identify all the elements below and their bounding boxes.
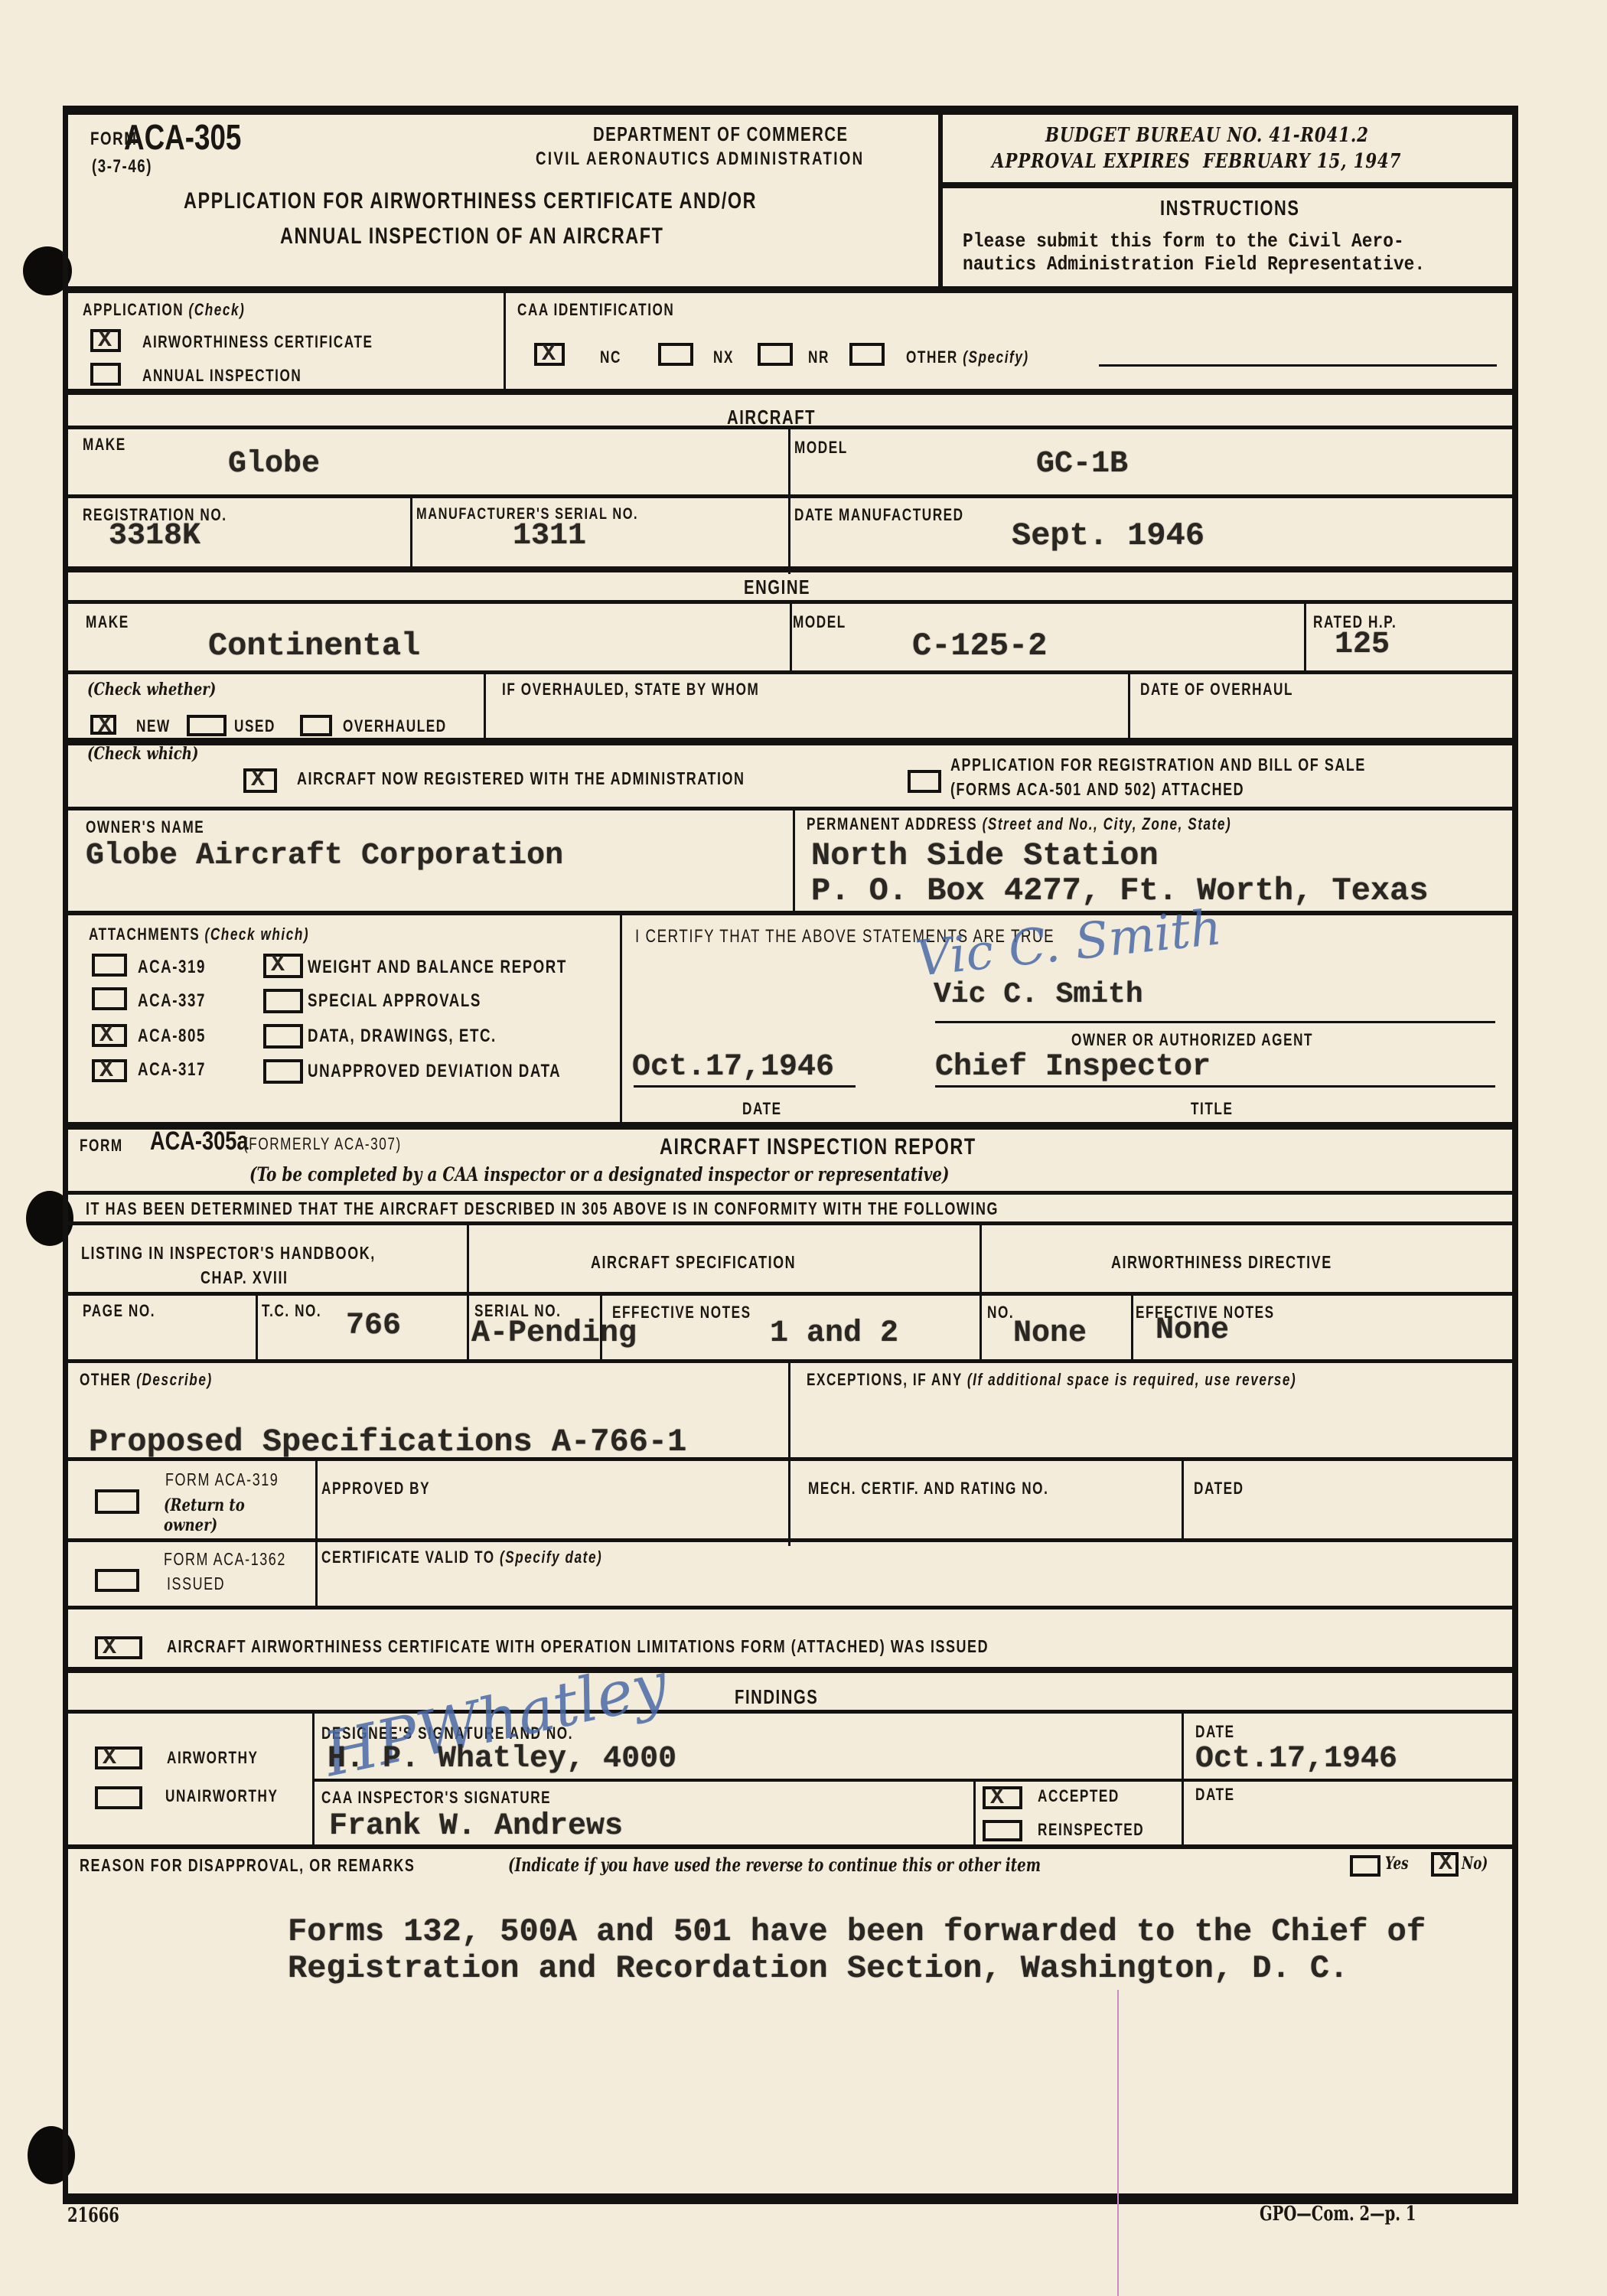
permanent-address-label: PERMANENT ADDRESS (Street and No., City,… bbox=[807, 814, 1231, 834]
attachment-aca-319: ACA-319 bbox=[138, 957, 206, 978]
option-airworthiness-certificate: AIRWORTHINESS CERTIFICATE bbox=[142, 332, 373, 352]
check-which-label: (Check which) bbox=[87, 744, 198, 764]
registration-application-line2: (FORMS ACA-501 AND 502) ATTACHED bbox=[950, 779, 1244, 800]
rule-aircraft-top bbox=[63, 389, 1517, 395]
unairworthy-label: UNAIRWORTHY bbox=[165, 1786, 278, 1806]
checkbox-remarks-no[interactable] bbox=[1431, 1852, 1459, 1877]
spec-notes-label: EFFECTIVE NOTES bbox=[612, 1303, 751, 1322]
mech-cert-label: MECH. CERTIF. AND RATING NO. bbox=[808, 1479, 1048, 1499]
rule-engine-top bbox=[63, 566, 1517, 572]
checkbox-annual-inspection[interactable] bbox=[90, 363, 121, 386]
remarks-yes-label: Yes bbox=[1385, 1854, 1409, 1874]
remarks-text-line1: Forms 132, 500A and 501 have been forwar… bbox=[288, 1913, 1426, 1950]
engine-overhaul-divider bbox=[1128, 672, 1130, 742]
attachment-weight-balance: WEIGHT AND BALANCE REPORT bbox=[308, 957, 567, 978]
instructions-title: INSTRUCTIONS bbox=[1160, 196, 1300, 220]
inspection-form-number: ACA-305a bbox=[150, 1127, 249, 1156]
date-line bbox=[634, 1085, 856, 1088]
caa-inspector-label: CAA INSPECTOR'S SIGNATURE bbox=[321, 1788, 551, 1808]
ad-no-divider bbox=[1131, 1293, 1133, 1362]
inspection-report-title: AIRCRAFT INSPECTION REPORT bbox=[660, 1134, 976, 1160]
title-line bbox=[935, 1085, 1495, 1088]
checkbox-reinspected[interactable] bbox=[983, 1820, 1022, 1841]
rule-inspection-top bbox=[63, 1122, 1517, 1130]
budget-bureau-number: BUDGET BUREAU NO. 41-R041.2 bbox=[1045, 124, 1369, 147]
form-title-line1: APPLICATION FOR AIRWORTHINESS CERTIFICAT… bbox=[184, 188, 757, 214]
form1362-label-line2: ISSUED bbox=[167, 1574, 225, 1594]
footer-gpo-code: GPO—Com. 2—p. 1 bbox=[1260, 2203, 1416, 2226]
checkbox-aca-805[interactable] bbox=[92, 1024, 127, 1047]
checkbox-aca-337[interactable] bbox=[92, 987, 127, 1010]
dated-label: DATED bbox=[1194, 1479, 1244, 1499]
title-label: TITLE bbox=[1191, 1099, 1233, 1119]
spec-notes-value: 1 and 2 bbox=[770, 1316, 898, 1351]
approved-by-field[interactable] bbox=[321, 1500, 781, 1535]
address-line2: P. O. Box 4277, Ft. Worth, Texas bbox=[811, 872, 1429, 909]
rated-hp-value: 125 bbox=[1335, 628, 1390, 662]
overhaul-date-field[interactable] bbox=[1133, 701, 1508, 735]
attachments-label: ATTACHMENTS (Check which) bbox=[89, 925, 309, 944]
exceptions-label: EXCEPTIONS, IF ANY (If additional space … bbox=[807, 1370, 1296, 1390]
page-tc-divider bbox=[256, 1293, 258, 1362]
findings-date-label: DATE bbox=[1195, 1722, 1235, 1742]
overhaul-date-label: DATE OF OVERHAUL bbox=[1140, 680, 1293, 700]
rule-certvalid-top bbox=[63, 1538, 1517, 1542]
aircraft-registered-label: AIRCRAFT NOW REGISTERED WITH THE ADMINIS… bbox=[297, 768, 745, 789]
approval-expires: APPROVAL EXPIRES FEBRUARY 15, 1947 bbox=[992, 150, 1401, 173]
conformity-statement: IT HAS BEEN DETERMINED THAT THE AIRCRAFT… bbox=[86, 1199, 999, 1219]
serial-value: 1311 bbox=[513, 519, 586, 553]
attachment-data-drawings: DATA, DRAWINGS, ETC. bbox=[308, 1026, 497, 1047]
attachments-divider bbox=[620, 914, 622, 1128]
checkbox-special-approvals[interactable] bbox=[263, 989, 303, 1013]
checkbox-engine-used[interactable] bbox=[187, 715, 227, 736]
engine-make-value: Continental bbox=[208, 628, 420, 664]
header-right-divider bbox=[938, 182, 1514, 188]
other-divider bbox=[788, 1361, 790, 1546]
ad-no-label: NO. bbox=[987, 1303, 1014, 1322]
checkbox-accepted[interactable] bbox=[983, 1786, 1022, 1809]
checkbox-airworthiness-certificate[interactable] bbox=[90, 329, 121, 352]
checkbox-weight-balance[interactable] bbox=[263, 954, 303, 978]
option-nr: NR bbox=[808, 347, 830, 367]
exceptions-field[interactable] bbox=[796, 1416, 1508, 1454]
checkbox-airworthy[interactable] bbox=[95, 1746, 142, 1769]
inspection-form-prefix: FORM bbox=[80, 1136, 123, 1156]
page-no-label: PAGE NO. bbox=[83, 1301, 155, 1321]
designee-value: H. P. Whatley, 4000 bbox=[328, 1742, 676, 1776]
option-engine-overhauled: OVERHAULED bbox=[343, 716, 447, 736]
rule-findings-top bbox=[63, 1667, 1517, 1673]
aircraft-make-value: Globe bbox=[228, 447, 320, 481]
aircraft-model-label: MODEL bbox=[794, 438, 848, 458]
other-specify-field[interactable] bbox=[1099, 364, 1497, 367]
frame-left bbox=[63, 106, 68, 2201]
findings-mid-rule bbox=[312, 1779, 1517, 1782]
approved-by-label: APPROVED BY bbox=[321, 1479, 430, 1499]
rule-engine-bottom bbox=[63, 738, 1517, 745]
registration-value: 3318K bbox=[109, 519, 200, 553]
rule-issued-top bbox=[63, 1606, 1517, 1609]
footer-left-code: 21666 bbox=[67, 2204, 119, 2227]
checkbox-nx[interactable] bbox=[658, 343, 693, 366]
rule-owner-top bbox=[63, 807, 1517, 810]
signer-label: OWNER OR AUTHORIZED AGENT bbox=[1071, 1030, 1313, 1050]
checkbox-engine-new[interactable] bbox=[90, 715, 116, 735]
checkbox-aircraft-registered[interactable] bbox=[243, 768, 277, 793]
certification-date: Oct.17,1946 bbox=[632, 1050, 834, 1084]
signer-name: Vic C. Smith bbox=[934, 978, 1143, 1011]
certificate-issued-statement: AIRCRAFT AIRWORTHINESS CERTIFICATE WITH … bbox=[167, 1636, 989, 1657]
caa-inspector-value: Frank W. Andrews bbox=[329, 1809, 623, 1844]
checkbox-nc[interactable] bbox=[534, 343, 565, 366]
caa-identification-label: CAA IDENTIFICATION bbox=[517, 300, 674, 320]
other-label: OTHER (Describe) bbox=[80, 1370, 213, 1390]
option-nc: NC bbox=[600, 347, 621, 367]
findings-title: FINDINGS bbox=[735, 1685, 818, 1709]
checkbox-nr[interactable] bbox=[758, 343, 793, 366]
checkbox-registration-application[interactable] bbox=[908, 770, 941, 793]
attachment-aca-805: ACA-805 bbox=[138, 1026, 206, 1047]
findings-date2-label: DATE bbox=[1195, 1785, 1235, 1805]
checkbox-engine-overhauled[interactable] bbox=[300, 715, 332, 736]
engine-make-label: MAKE bbox=[86, 612, 129, 632]
rule-spec-header bbox=[63, 1292, 1517, 1296]
checkbox-certificate-issued[interactable] bbox=[95, 1636, 142, 1659]
attachment-aca-337: ACA-337 bbox=[138, 990, 206, 1012]
ad-notes-value: None bbox=[1156, 1313, 1229, 1348]
accepted-label: ACCEPTED bbox=[1038, 1786, 1120, 1806]
checkbox-aca-319[interactable] bbox=[92, 954, 127, 977]
inspection-report-subtitle: (To be completed by a CAA inspector or a… bbox=[249, 1163, 950, 1186]
rule-findings-header bbox=[63, 1710, 1517, 1714]
application-label: APPLICATION (Check) bbox=[83, 300, 245, 320]
form319-label-line2: (Return to owner) bbox=[164, 1495, 289, 1535]
overhauled-by-field[interactable] bbox=[490, 701, 1123, 735]
rule-aircraft-mid bbox=[63, 494, 1517, 498]
form-title-line2: ANNUAL INSPECTION OF AN AIRCRAFT bbox=[280, 223, 663, 249]
tc-no-value: 766 bbox=[346, 1309, 401, 1343]
reg-serial-divider bbox=[410, 496, 412, 572]
owner-name-label: OWNER'S NAME bbox=[86, 817, 204, 837]
overhauled-by-label: IF OVERHAULED, STATE BY WHOM bbox=[502, 680, 759, 700]
option-engine-new: NEW bbox=[136, 716, 171, 736]
engine-model-label: MODEL bbox=[793, 612, 846, 632]
airworthy-label: AIRWORTHY bbox=[167, 1748, 259, 1768]
attachment-special-approvals: SPECIAL APPROVALS bbox=[308, 990, 481, 1012]
checkbox-other[interactable] bbox=[849, 343, 885, 366]
engine-section-title: ENGINE bbox=[744, 576, 810, 599]
address-line1: North Side Station bbox=[811, 837, 1159, 874]
rule-attachments-top bbox=[63, 911, 1517, 915]
reinspected-label: REINSPECTED bbox=[1038, 1820, 1144, 1840]
owner-divider bbox=[793, 808, 795, 914]
mech-divider bbox=[1182, 1459, 1184, 1540]
handbook-label-line1: LISTING IN INSPECTOR'S HANDBOOK, bbox=[81, 1243, 376, 1264]
form-revision-date: (3-7-46) bbox=[92, 156, 152, 178]
option-engine-used: USED bbox=[234, 716, 275, 736]
ad-no-value: None bbox=[1013, 1316, 1087, 1351]
other-value: Proposed Specifications A-766-1 bbox=[89, 1424, 686, 1460]
cert-valid-label: CERTIFICATE VALID TO (Specify date) bbox=[321, 1548, 602, 1567]
aircraft-make-label: MAKE bbox=[83, 435, 126, 455]
findings-date2-field[interactable] bbox=[1188, 1806, 1509, 1843]
attachment-unapproved-deviation: UNAPPROVED DEVIATION DATA bbox=[308, 1061, 561, 1082]
attachment-aca-317: ACA-317 bbox=[138, 1059, 206, 1081]
checkbox-unapproved-deviation[interactable] bbox=[263, 1059, 303, 1084]
engine-hp-divider bbox=[1304, 602, 1306, 673]
department-name: DEPARTMENT OF COMMERCE bbox=[593, 122, 849, 146]
check-whether-label: (Check whether) bbox=[87, 680, 216, 700]
remarks-text-line2: Registration and Recordation Section, Wa… bbox=[288, 1950, 1348, 1987]
header-bottom-rule bbox=[63, 286, 1517, 293]
app-divider bbox=[504, 291, 506, 392]
rule-conformity-top bbox=[63, 1191, 1517, 1195]
instructions-text-line2: nautics Administration Field Representat… bbox=[963, 253, 1425, 276]
engine-make-divider bbox=[790, 602, 792, 673]
checkbox-remarks-yes[interactable] bbox=[1350, 1855, 1380, 1877]
date-label: DATE bbox=[742, 1099, 782, 1119]
form-number: ACA-305 bbox=[124, 116, 241, 158]
inspection-form-formerly: (FORMERLY ACA-307) bbox=[243, 1134, 402, 1154]
owner-name-value: Globe Aircraft Corporation bbox=[86, 839, 563, 873]
aircraft-specification-label: AIRCRAFT SPECIFICATION bbox=[591, 1252, 796, 1273]
checkbox-form-aca-319[interactable] bbox=[95, 1489, 139, 1514]
airworthiness-directive-label: AIRWORTHINESS DIRECTIVE bbox=[1111, 1252, 1332, 1273]
findings-date-value: Oct.17,1946 bbox=[1195, 1742, 1397, 1776]
frame-right bbox=[1512, 106, 1518, 2201]
date-manufactured-label: DATE MANUFACTURED bbox=[794, 505, 964, 525]
cert-valid-field[interactable] bbox=[321, 1569, 1508, 1603]
signer-line bbox=[935, 1021, 1495, 1023]
rule-remarks-top bbox=[63, 1844, 1517, 1849]
mech-cert-field[interactable] bbox=[796, 1500, 1178, 1535]
form1362-label-line1: FORM ACA-1362 bbox=[164, 1549, 286, 1570]
aircraft-divider bbox=[788, 427, 790, 574]
pink-margin-line bbox=[1117, 1990, 1119, 2296]
engine-check-divider bbox=[484, 672, 486, 742]
engine-model-value: C-125-2 bbox=[912, 628, 1047, 664]
form319-label-line1: FORM ACA-319 bbox=[165, 1469, 279, 1490]
instructions-text-line1: Please submit this form to the Civil Aer… bbox=[963, 230, 1404, 253]
remarks-no-label: No) bbox=[1462, 1854, 1488, 1874]
rule-engine-mid bbox=[63, 670, 1517, 674]
handbook-label-line2: CHAP. XVIII bbox=[200, 1267, 288, 1288]
rule-conformity-bottom bbox=[63, 1221, 1517, 1225]
aircraft-model-value: GC-1B bbox=[1036, 447, 1128, 481]
administration-name: CIVIL AERONAUTICS ADMINISTRATION bbox=[536, 148, 865, 170]
tc-no-label: T.C. NO. bbox=[262, 1301, 321, 1321]
registration-application-line1: APPLICATION FOR REGISTRATION AND BILL OF… bbox=[950, 755, 1366, 775]
option-other: OTHER (Specify) bbox=[906, 347, 1029, 367]
checkbox-unairworthy[interactable] bbox=[95, 1786, 142, 1809]
form319-divider bbox=[315, 1459, 318, 1606]
checkbox-form-aca-1362[interactable] bbox=[95, 1569, 139, 1592]
checkbox-aca-317[interactable] bbox=[92, 1059, 127, 1082]
frame-top bbox=[65, 106, 1517, 115]
remarks-hint: (Indicate if you have used the reverse t… bbox=[508, 1854, 1041, 1876]
option-annual-inspection: ANNUAL INSPECTION bbox=[142, 366, 302, 386]
date-manufactured-value: Sept. 1946 bbox=[1012, 517, 1204, 554]
remarks-label: REASON FOR DISAPPROVAL, OR REMARKS bbox=[80, 1855, 415, 1876]
dated-field[interactable] bbox=[1188, 1500, 1509, 1535]
option-nx: NX bbox=[713, 347, 734, 367]
header-divider bbox=[938, 112, 943, 292]
checkbox-data-drawings[interactable] bbox=[263, 1024, 303, 1049]
accepted-divider bbox=[973, 1780, 976, 1848]
certification-title: Chief Inspector bbox=[935, 1050, 1211, 1084]
